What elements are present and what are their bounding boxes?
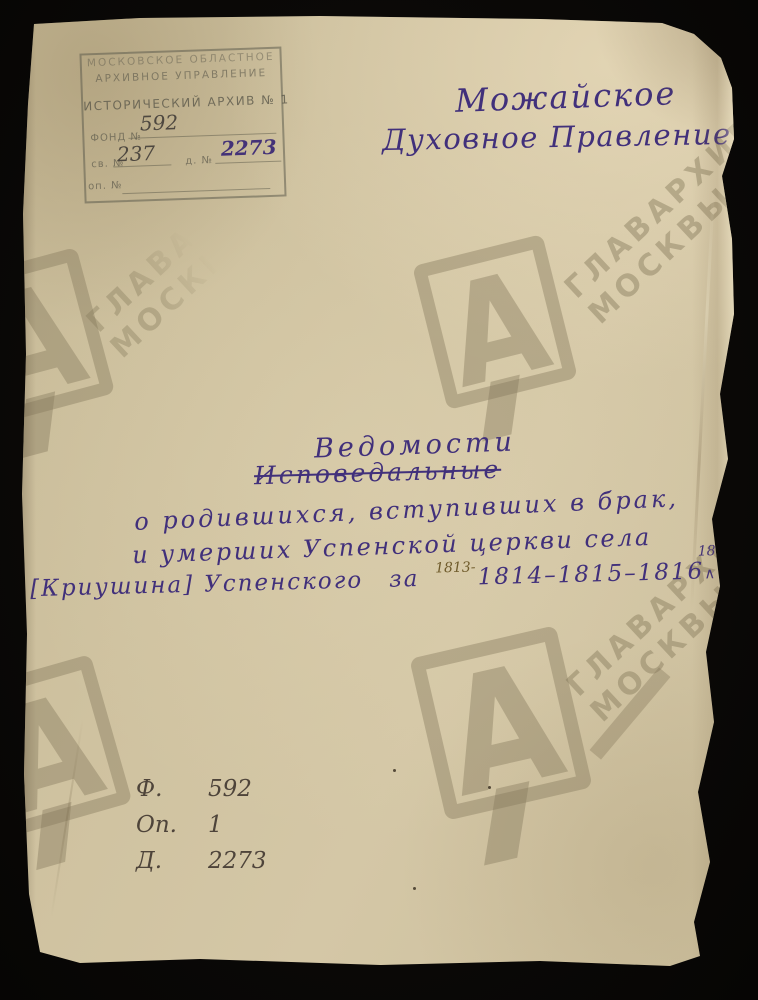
stamp-archive-name: ИСТОРИЧЕСКИЙ АРХИВ № 1	[83, 93, 281, 114]
glavarkhiv-logo-watermark: А	[0, 247, 115, 428]
stamp-delo-label: д. №	[185, 155, 213, 167]
delo-label: Д.	[136, 848, 178, 874]
paper-speck	[393, 769, 396, 772]
archive-letter-a-icon: А	[0, 672, 115, 838]
stamp-sv-value: 237	[117, 141, 156, 166]
document-cover-page: А ГЛАВАРХИВ МОСКВЫ А ГЛАВАРХИВ МОСКВЫ ГЛ…	[20, 14, 738, 982]
fond-label: Ф.	[136, 776, 178, 802]
fond-value: 592	[208, 776, 252, 802]
archive-letter-a-icon: А	[0, 264, 97, 426]
archival-scan-background: А ГЛАВАРХИВ МОСКВЫ А ГЛАВАРХИВ МОСКВЫ ГЛ…	[0, 0, 758, 1000]
archive-letter-a-icon: А	[433, 250, 560, 408]
village-pencil-correction: [Криушина]	[30, 572, 195, 602]
delo-value: 2273	[208, 848, 267, 874]
archive-reference-block: Ф. 592 Оп. 1 Д. 2273	[136, 776, 267, 884]
glavarkhiv-logo-watermark: А	[409, 625, 592, 820]
glavarkhiv-logo-watermark: А	[412, 234, 578, 410]
stamp-opis-label: оп. №	[88, 180, 123, 192]
stamp-delo-value: 2273	[220, 135, 276, 161]
opis-value: 1	[208, 812, 223, 838]
reference-fond-row: Ф. 592	[136, 776, 267, 812]
opis-label: Оп.	[136, 812, 178, 838]
paper-edge-shade	[20, 14, 36, 982]
correction-1813: 1813-	[435, 559, 476, 576]
stamp-opis-line	[122, 188, 270, 194]
preposition-za: за	[389, 566, 420, 593]
archive-stamp: МОСКОВСКОЕ ОБЛАСТНОЕ АРХИВНОЕ УПРАВЛЕНИЕ…	[79, 47, 286, 204]
torn-edge-highlight	[692, 14, 738, 982]
years-word: годы.	[728, 556, 758, 584]
reference-opis-row: Оп. 1	[136, 812, 267, 848]
stamp-delo-line	[215, 161, 281, 164]
reference-delo-row: Д. 2273	[136, 848, 267, 884]
archive-letter-a-icon: А	[431, 640, 575, 821]
village-name: Успенского	[204, 567, 364, 597]
paper-speck	[488, 786, 491, 789]
stamp-fond-value: 592	[140, 110, 179, 135]
paper-speck	[413, 887, 416, 890]
title-struck-word: Исповедальные	[254, 455, 502, 490]
stamp-org-line2: АРХИВНОЕ УПРАВЛЕНИЕ	[82, 67, 280, 86]
paper-edge-shade	[20, 966, 738, 982]
